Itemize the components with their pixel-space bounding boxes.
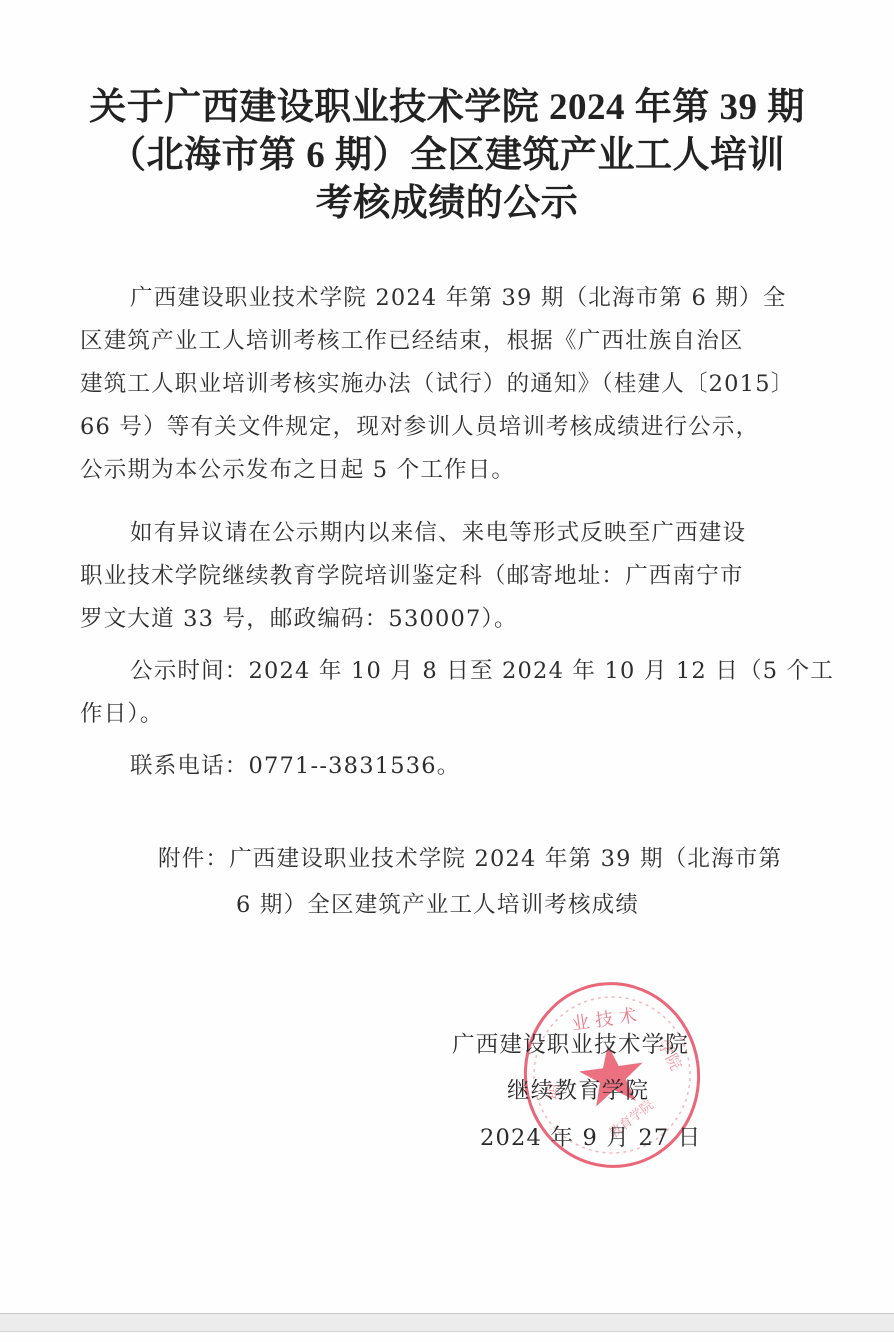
signature-organization: 广西建设职业技术学院 — [452, 1030, 689, 1060]
next-page-edge — [0, 1332, 894, 1342]
paragraph-line: 区建筑产业工人培训考核工作已经结束，根据《广西壮族自治区 — [80, 320, 814, 363]
paragraph-announcement: 广西建设职业技术学院 2024 年第 39 期（北海市第 6 期）全 区建筑产业… — [80, 277, 814, 492]
paragraph-line: 公示期为本公示发布之日起 5 个工作日。 — [80, 449, 814, 492]
page-separator — [0, 1313, 894, 1332]
paragraph-line: 建筑工人职业培训考核实施办法（试行）的通知》（桂建人〔2015〕 — [80, 363, 814, 406]
attachment-note: 附件：广西建设职业技术学院 2024 年第 39 期（北海市第 6 期）全区建筑… — [158, 836, 818, 928]
title-line: （北海市第 6 期）全区建筑产业工人培训 — [60, 132, 834, 180]
title-line: 考核成绩的公示 — [60, 180, 834, 228]
document-page: 关于广西建设职业技术学院 2024 年第 39 期 （北海市第 6 期）全区建筑… — [0, 0, 894, 1312]
signature-department: 继续教育学院 — [507, 1076, 649, 1106]
attachment-line: 附件：广西建设职业技术学院 2024 年第 39 期（北海市第 — [158, 836, 818, 882]
paragraph-line: 职业技术学院继续教育学院培训鉴定科（邮寄地址：广西南宁市 — [80, 555, 814, 598]
paragraph-contact-phone: 联系电话：0771--3831536。 — [80, 745, 814, 788]
paragraph-line: 罗文大道 33 号，邮政编码：530007）。 — [80, 598, 814, 641]
paragraph-line: 如有异议请在公示期内以来信、来电等形式反映至广西建设 — [80, 512, 814, 555]
paragraph-line: 66 号）等有关文件规定，现对参训人员培训考核成绩进行公示， — [80, 406, 814, 449]
title-line: 关于广西建设职业技术学院 2024 年第 39 期 — [60, 84, 834, 132]
paragraph-objection: 如有异议请在公示期内以来信、来电等形式反映至广西建设 职业技术学院继续教育学院培… — [80, 512, 814, 641]
paragraph-line: 广西建设职业技术学院 2024 年第 39 期（北海市第 6 期）全 — [80, 277, 814, 320]
paragraph-line: 作日）。 — [80, 693, 814, 736]
paragraph-line: 联系电话：0771--3831536。 — [80, 745, 814, 788]
signature-date: 2024 年 9 月 27 日 — [480, 1123, 701, 1153]
paragraph-publicity-period: 公示时间：2024 年 10 月 8 日至 2024 年 10 月 12 日（5… — [80, 650, 814, 736]
attachment-line: 6 期）全区建筑产业工人培训考核成绩 — [158, 882, 818, 928]
paragraph-line: 公示时间：2024 年 10 月 8 日至 2024 年 10 月 12 日（5… — [80, 650, 814, 693]
document-title: 关于广西建设职业技术学院 2024 年第 39 期 （北海市第 6 期）全区建筑… — [60, 84, 834, 228]
